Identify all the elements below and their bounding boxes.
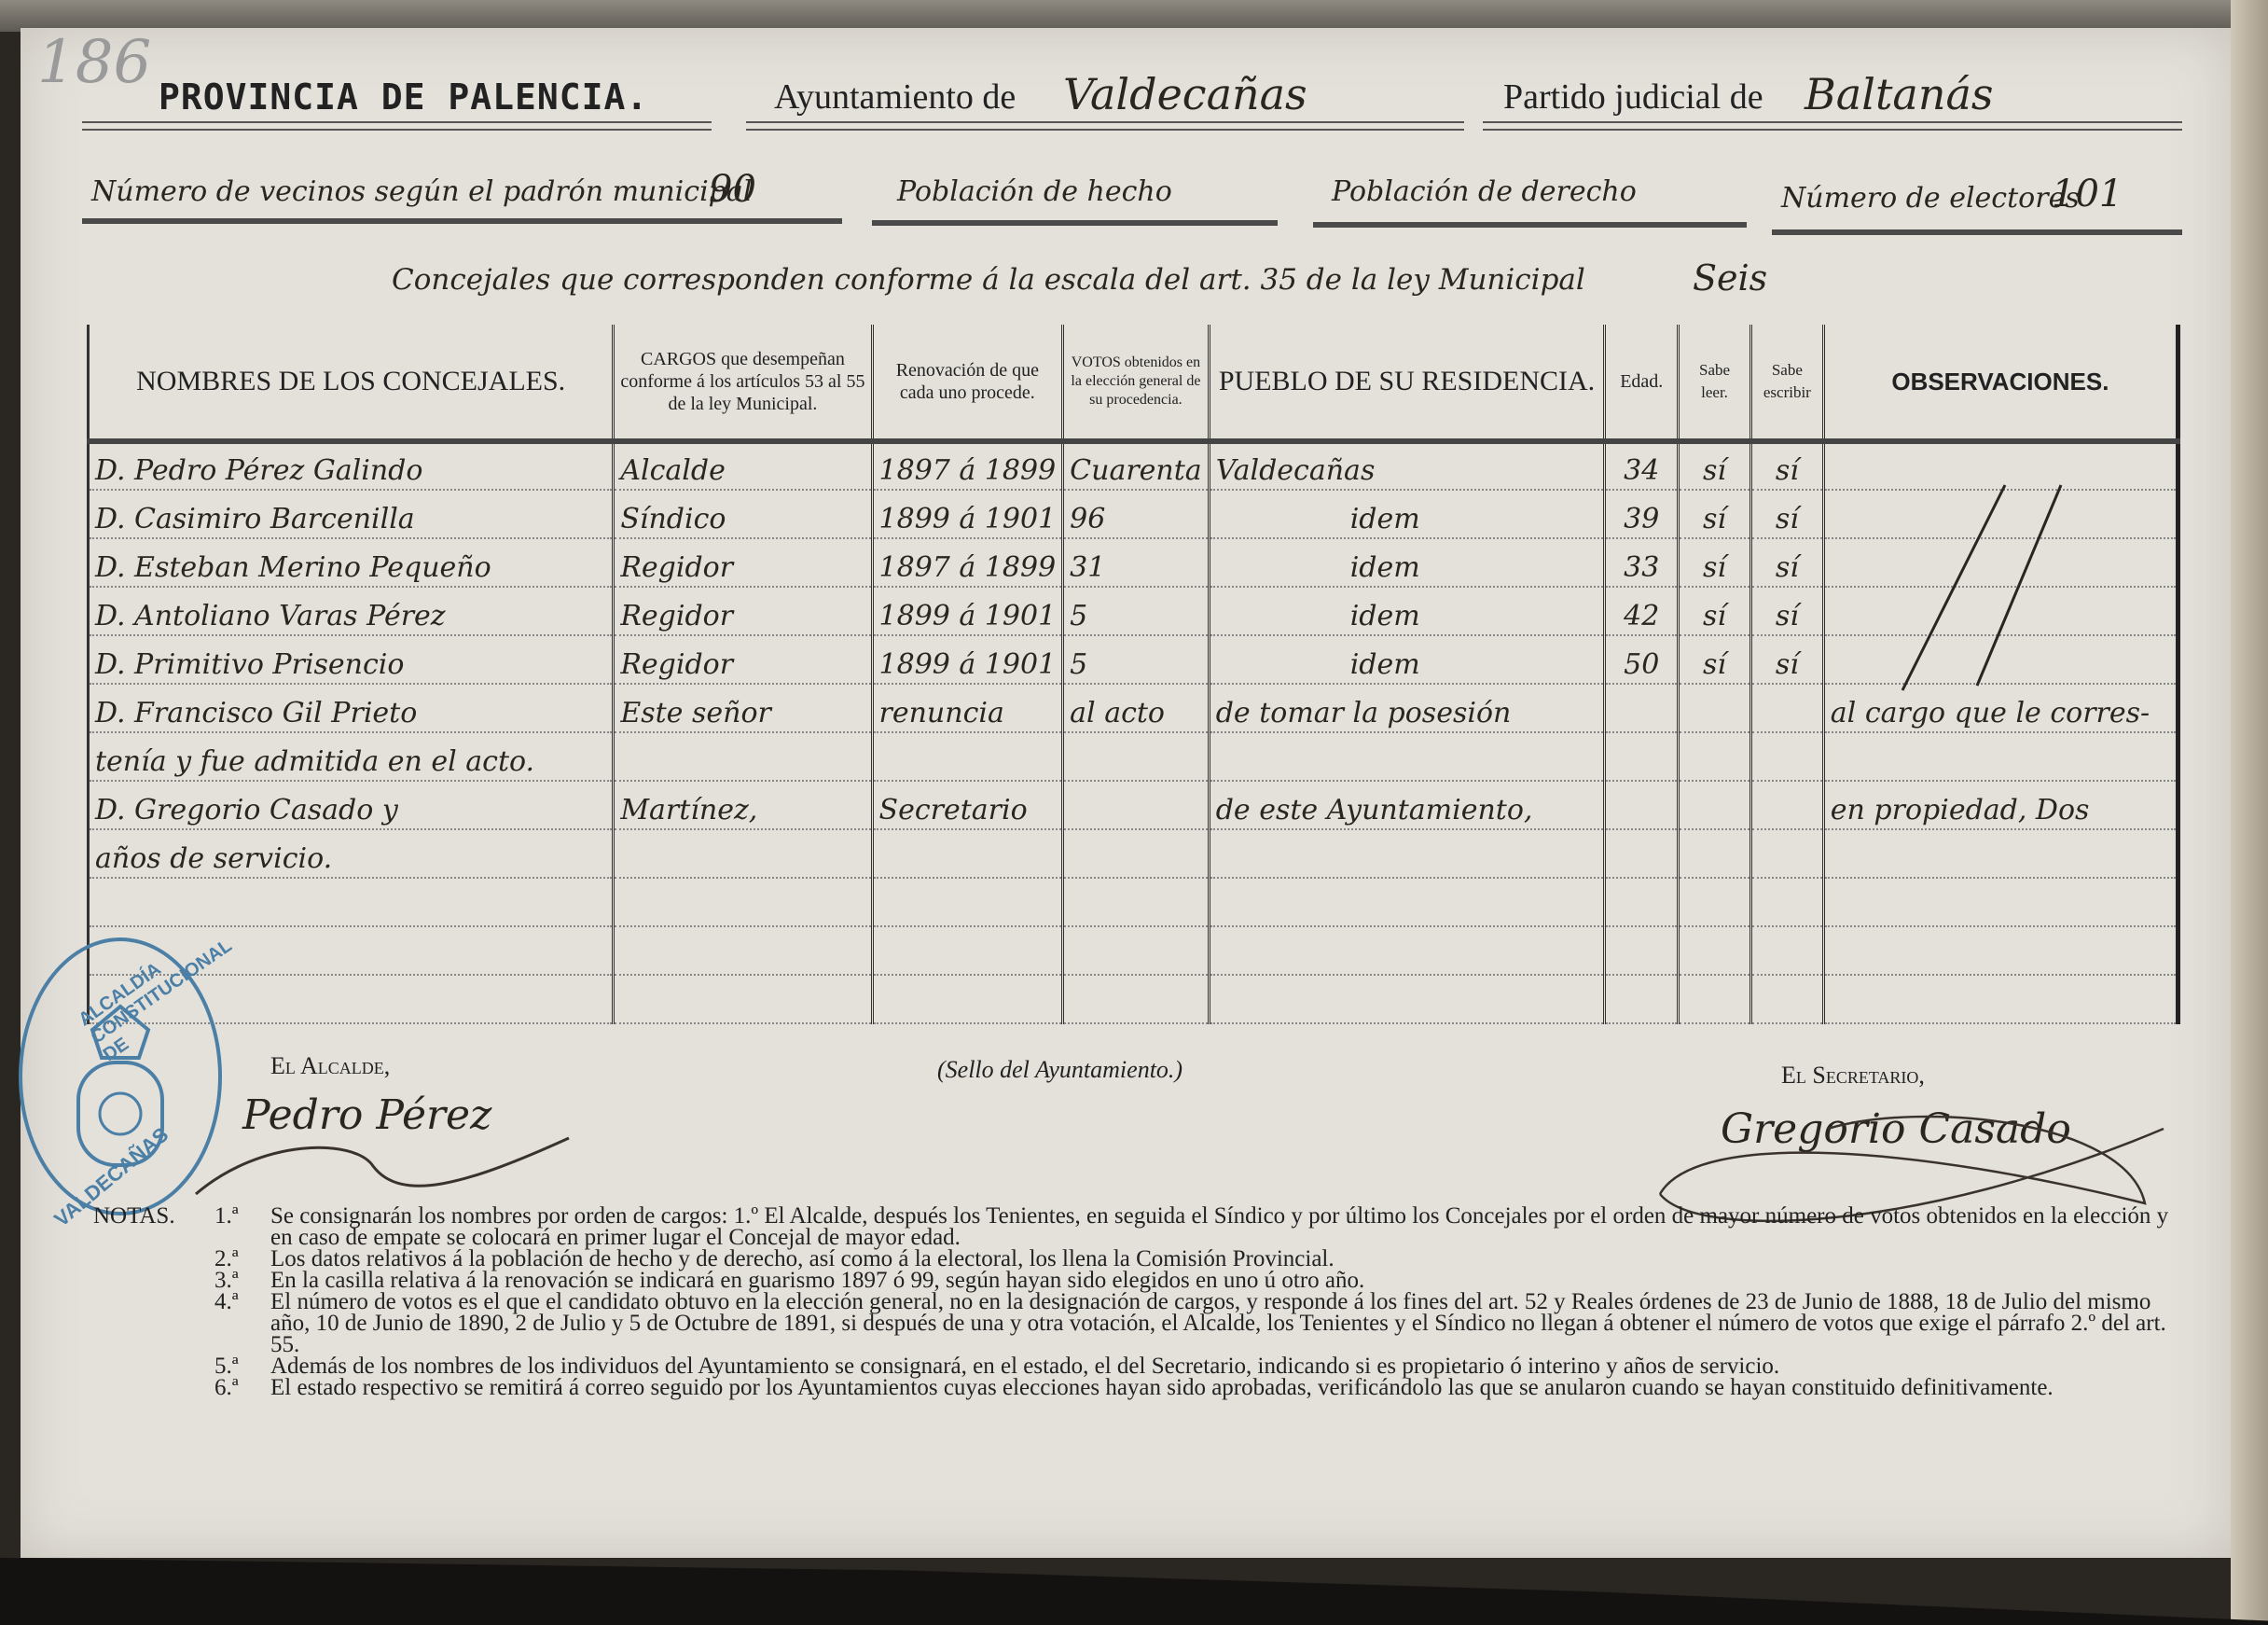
cell-edad: 34: [1605, 441, 1679, 490]
cell-nombre: D. Antoliano Varas Pérez: [89, 587, 614, 635]
electores-label: Número de electores: [1781, 182, 2080, 215]
header-rule: [746, 121, 1464, 131]
cell-sabe-escribir: [1750, 684, 1823, 732]
vecinos-label: Número de vecinos según el padrón munici…: [91, 175, 752, 208]
cell-sabe-escribir: sí: [1750, 587, 1823, 635]
cell-sabe-escribir: [1750, 926, 1823, 975]
cell-nombre: D. Primitivo Prisencio: [89, 635, 614, 684]
note-item: 4.ªEl número de votos es el que el candi…: [93, 1291, 2182, 1355]
cell-pueblo: idem: [1209, 587, 1605, 635]
note-item: 3.ªEn la casilla relativa á la renovació…: [93, 1270, 2182, 1291]
cell-pueblo: idem: [1209, 490, 1605, 538]
cell-sabe-leer: [1679, 926, 1751, 975]
ayuntamiento-label: Ayuntamiento de: [774, 76, 1016, 118]
cell-nombre: D. Francisco Gil Prieto: [89, 684, 614, 732]
cell-observaciones: [1823, 829, 2178, 878]
table-row: [89, 878, 2178, 926]
header-rule: [1483, 121, 2182, 131]
cell-pueblo: [1209, 975, 1605, 1023]
note-number: 1.ª: [214, 1205, 239, 1227]
header-rule: [82, 121, 712, 131]
cell-cargo: Síndico: [614, 490, 872, 538]
col-edad: Edad.: [1605, 325, 1679, 441]
note-item: 5.ªAdemás de los nombres de los individu…: [93, 1355, 2182, 1377]
book-edge-top: [0, 0, 2268, 32]
partido-label: Partido judicial de: [1503, 76, 1763, 118]
cell-sabe-leer: [1679, 975, 1751, 1023]
cell-renovacion: [872, 975, 1063, 1023]
cell-edad: [1605, 781, 1679, 829]
cell-cargo: [614, 926, 872, 975]
cell-edad: 42: [1605, 587, 1679, 635]
cell-votos: 96: [1063, 490, 1210, 538]
alcalde-label: El Alcalde,: [270, 1052, 390, 1080]
cell-sabe-leer: [1679, 732, 1751, 781]
concejales-label: Concejales que corresponden conforme á l…: [392, 263, 1585, 297]
col-nombres: NOMBRES DE LOS CONCEJALES.: [89, 325, 614, 441]
electores-value: 101: [2052, 173, 2123, 215]
cell-votos: [1063, 878, 1210, 926]
cell-sabe-escribir: [1750, 781, 1823, 829]
cell-pueblo: [1209, 878, 1605, 926]
cell-edad: [1605, 684, 1679, 732]
notes-section: NOTAS. 1.ªSe consignarán los nombres por…: [93, 1205, 2182, 1398]
cell-renovacion: [872, 732, 1063, 781]
cell-nombre: años de servicio.: [89, 829, 614, 878]
cell-sabe-escribir: [1750, 829, 1823, 878]
cell-renovacion: 1899 á 1901: [872, 635, 1063, 684]
vecinos-value: 90: [709, 168, 756, 211]
cell-renovacion: renuncia: [872, 684, 1063, 732]
cell-edad: [1605, 878, 1679, 926]
cell-cargo: Regidor: [614, 538, 872, 587]
cell-cargo: [614, 732, 872, 781]
cell-sabe-leer: sí: [1679, 538, 1751, 587]
note-text: El estado respectivo se remitirá á corre…: [270, 1375, 2054, 1400]
alcalde-rubric: [187, 1129, 578, 1213]
cell-observaciones: [1823, 975, 2178, 1023]
cell-nombre: [89, 878, 614, 926]
ayuntamiento-value: Valdecañas: [1063, 69, 1307, 119]
cell-renovacion: [872, 926, 1063, 975]
cell-sabe-escribir: sí: [1750, 538, 1823, 587]
cell-cargo: [614, 975, 872, 1023]
cell-pueblo: idem: [1209, 538, 1605, 587]
hecho-label: Población de hecho: [897, 175, 1172, 208]
observaciones-strike-marks: [1865, 466, 2070, 700]
cell-edad: 50: [1605, 635, 1679, 684]
cell-sabe-leer: sí: [1679, 490, 1751, 538]
cell-edad: 39: [1605, 490, 1679, 538]
cell-observaciones: [1823, 926, 2178, 975]
cell-votos: [1063, 829, 1210, 878]
cell-votos: 5: [1063, 587, 1210, 635]
cell-pueblo: idem: [1209, 635, 1605, 684]
cell-observaciones: [1823, 732, 2178, 781]
cell-pueblo: de tomar la posesión: [1209, 684, 1605, 732]
cell-votos: [1063, 975, 1210, 1023]
note-text: El número de votos es el que el candidat…: [270, 1289, 2166, 1357]
col-observaciones: OBSERVACIONES.: [1823, 325, 2178, 441]
stats-rule: [82, 218, 842, 224]
secretario-label: El Secretario,: [1781, 1062, 1925, 1090]
cell-renovacion: Secretario: [872, 781, 1063, 829]
cell-pueblo: Valdecañas: [1209, 441, 1605, 490]
cell-sabe-leer: [1679, 878, 1751, 926]
cell-nombre: D. Casimiro Barcenilla: [89, 490, 614, 538]
table-row: [89, 926, 2178, 975]
cell-sabe-escribir: sí: [1750, 635, 1823, 684]
table-row: D. Gregorio Casado yMartínez,Secretariod…: [89, 781, 2178, 829]
cell-renovacion: 1897 á 1899: [872, 538, 1063, 587]
pencil-folio-number: 186: [37, 28, 151, 97]
cell-cargo: Regidor: [614, 587, 872, 635]
table-header-row: NOMBRES DE LOS CONCEJALES. CARGOS que de…: [89, 325, 2178, 441]
cell-observaciones: [1823, 878, 2178, 926]
col-pueblo: PUEBLO DE SU RESIDENCIA.: [1209, 325, 1605, 441]
book-edge-right: [2231, 0, 2268, 1625]
cell-sabe-escribir: [1750, 732, 1823, 781]
cell-sabe-leer: [1679, 781, 1751, 829]
cell-renovacion: 1897 á 1899: [872, 441, 1063, 490]
col-sabe-escribir: Sabe escribir: [1750, 325, 1823, 441]
derecho-label: Población de derecho: [1332, 175, 1637, 208]
cell-sabe-leer: [1679, 829, 1751, 878]
sello-label: (Sello del Ayuntamiento.): [937, 1056, 1182, 1084]
cell-nombre: D. Esteban Merino Pequeño: [89, 538, 614, 587]
cell-renovacion: [872, 829, 1063, 878]
cell-edad: [1605, 975, 1679, 1023]
cell-nombre: D. Gregorio Casado y: [89, 781, 614, 829]
cell-sabe-escribir: [1750, 878, 1823, 926]
note-number: 6.ª: [214, 1377, 239, 1398]
note-number: 3.ª: [214, 1270, 239, 1291]
cell-sabe-leer: sí: [1679, 587, 1751, 635]
cell-cargo: [614, 829, 872, 878]
cell-sabe-escribir: sí: [1750, 490, 1823, 538]
concejales-value: Seis: [1693, 257, 1767, 299]
note-number: 4.ª: [214, 1291, 239, 1312]
note-item: 1.ªSe consignarán los nombres por orden …: [93, 1205, 2182, 1248]
cell-cargo: Este señor: [614, 684, 872, 732]
cell-pueblo: [1209, 829, 1605, 878]
note-text: Se consignarán los nombres por orden de …: [270, 1203, 2168, 1250]
cell-observaciones: en propiedad, Dos: [1823, 781, 2178, 829]
cell-votos: [1063, 781, 1210, 829]
cell-nombre: tenía y fue admitida en el acto.: [89, 732, 614, 781]
cell-edad: 33: [1605, 538, 1679, 587]
cell-pueblo: [1209, 732, 1605, 781]
cell-cargo: [614, 878, 872, 926]
table-row: [89, 975, 2178, 1023]
cell-edad: [1605, 829, 1679, 878]
cell-nombre: D. Pedro Pérez Galindo: [89, 441, 614, 490]
cell-votos: 31: [1063, 538, 1210, 587]
note-item: 2.ªLos datos relativos á la población de…: [93, 1248, 2182, 1270]
cell-sabe-escribir: [1750, 975, 1823, 1023]
col-renovacion: Renovación de que cada uno procede.: [872, 325, 1063, 441]
cell-cargo: Alcalde: [614, 441, 872, 490]
cell-edad: [1605, 926, 1679, 975]
stats-rule: [1313, 222, 1747, 228]
col-sabe-leer: Sabe leer.: [1679, 325, 1751, 441]
cell-votos: [1063, 926, 1210, 975]
note-number: 5.ª: [214, 1355, 239, 1377]
cell-sabe-leer: sí: [1679, 441, 1751, 490]
col-cargos: CARGOS que desempeñan conforme á los art…: [614, 325, 872, 441]
cell-cargo: Regidor: [614, 635, 872, 684]
note-number: 2.ª: [214, 1248, 239, 1270]
note-item: 6.ªEl estado respectivo se remitirá á co…: [93, 1377, 2182, 1398]
cell-votos: al acto: [1063, 684, 1210, 732]
provincia-title: PROVINCIA DE PALENCIA.: [159, 76, 648, 118]
cell-votos: [1063, 732, 1210, 781]
cell-renovacion: 1899 á 1901: [872, 490, 1063, 538]
table-row: años de servicio.: [89, 829, 2178, 878]
cell-pueblo: [1209, 926, 1605, 975]
cell-sabe-escribir: sí: [1750, 441, 1823, 490]
cell-pueblo: de este Ayuntamiento,: [1209, 781, 1605, 829]
partido-value: Baltanás: [1805, 69, 1994, 119]
cell-cargo: Martínez,: [614, 781, 872, 829]
col-votos: VOTOS obtenidos en la elección general d…: [1063, 325, 1210, 441]
cell-sabe-leer: [1679, 684, 1751, 732]
stats-rule: [1772, 229, 2182, 235]
table-row: tenía y fue admitida en el acto.: [89, 732, 2178, 781]
cell-sabe-leer: sí: [1679, 635, 1751, 684]
cell-votos: Cuarenta: [1063, 441, 1210, 490]
cell-renovacion: 1899 á 1901: [872, 587, 1063, 635]
cell-renovacion: [872, 878, 1063, 926]
cell-edad: [1605, 732, 1679, 781]
cell-votos: 5: [1063, 635, 1210, 684]
stats-rule: [872, 220, 1278, 226]
